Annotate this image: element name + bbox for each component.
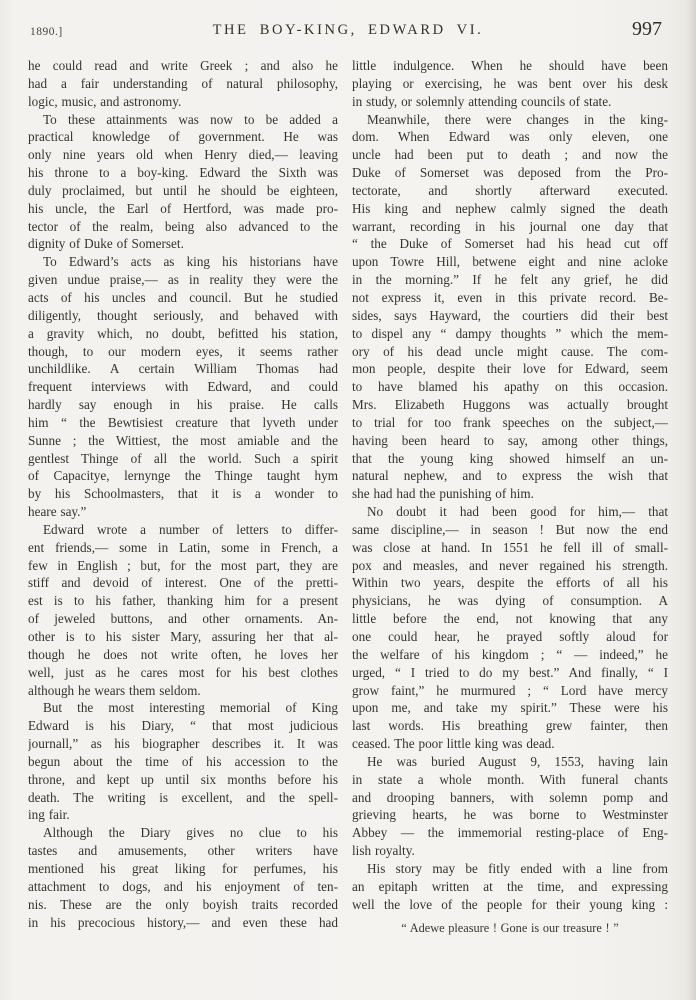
paragraph: Meanwhile, there were changes in the kin… [352, 111, 668, 504]
text-line: by his Schoolmasters, that it is a wonde… [28, 485, 338, 503]
text-line: she had had the punishing of him. [352, 485, 668, 503]
text-line: though, to our modern eyes, it seems rat… [28, 343, 338, 361]
right-column: little indulgence. When he should have b… [352, 57, 668, 937]
paragraph: little indulgence. When he should have b… [352, 57, 668, 111]
text-line: mentioned his great liking for perfumes,… [28, 860, 338, 878]
text-line: well the love of the people for their yo… [352, 896, 668, 914]
text-line: of jeweled buttons, and other ornaments.… [28, 610, 338, 628]
text-line: having been heard to say, among other th… [352, 432, 668, 450]
text-line: not express it, even in this private rec… [352, 289, 668, 307]
paragraph: His story may be fitly ended with a line… [352, 860, 668, 914]
text-line: upon me, and take my spirit.” These were… [352, 699, 668, 717]
text-line: begun about the time of his accession to… [28, 753, 338, 771]
text-line: urged, “ I tried to do my best.” And fin… [352, 664, 668, 682]
paragraph: Edward wrote a number of letters to diff… [28, 521, 338, 699]
text-line: Duke of Somerset was deposed from the Pr… [352, 164, 668, 182]
text-line: to dispel any “ dampy thoughts ” which t… [352, 325, 668, 343]
text-line: throne, and kept up until six months bef… [28, 771, 338, 789]
text-line: ent friends,— some in Latin, some in Fre… [28, 539, 338, 557]
paragraph: To these attainments was now to be added… [28, 111, 338, 254]
paragraph: He was buried August 9, 1553, having lai… [352, 753, 668, 860]
text-line: his uncle, the Earl of Hertford, was mad… [28, 200, 338, 218]
text-line: tectorate, and shortly afterward execute… [352, 182, 668, 200]
text-line: dom. When Edward was only eleven, one [352, 128, 668, 146]
text-line: the welfare of his kingdom ; “ — indeed,… [352, 646, 668, 664]
page-header: 1890.] THE BOY-KING, EDWARD VI. 997 [0, 0, 696, 50]
text-line: To Edward’s acts as king his historians … [28, 253, 338, 271]
text-line: No doubt it had been good for him,— that [352, 503, 668, 521]
text-line: dignity of Duke of Somerset. [28, 235, 338, 253]
text-line: He was buried August 9, 1553, having lai… [352, 753, 668, 771]
text-line: tastes and amusements, other writers hav… [28, 842, 338, 860]
text-line: Edward is his Diary, “ that most judicio… [28, 717, 338, 735]
text-line: upon Towre Hill, betwene eight and nine … [352, 253, 668, 271]
text-columns: he could read and write Greek ; and also… [28, 57, 668, 937]
text-line: last words. His breathing grew fainter, … [352, 717, 668, 735]
text-line: pox and measles, and never regained his … [352, 557, 668, 575]
text-line: Edward wrote a number of letters to diff… [28, 521, 338, 539]
text-line: although he wears them seldom. [28, 682, 338, 700]
text-line: natural nephew, and to express the wish … [352, 467, 668, 485]
text-line: duly proclaimed, but until he should be … [28, 182, 338, 200]
text-line: warrant, recording in his journal one da… [352, 218, 668, 236]
paragraph: But the most interesting memorial of Kin… [28, 699, 338, 824]
text-line: he could read and write Greek ; and also… [28, 57, 338, 75]
text-line: his throne to a boy-king. Edward the Six… [28, 164, 338, 182]
text-line: His king and nephew calmly signed the de… [352, 200, 668, 218]
text-line: playing or exercising, he was bent over … [352, 75, 668, 93]
text-line: a gravity which, no doubt, befitted his … [28, 325, 338, 343]
epitaph-quote: “ Adewe pleasure ! Gone is our treasure … [352, 920, 668, 938]
text-line: same discipline,— in season ! But now th… [352, 521, 668, 539]
text-line: an epitaph written at the time, and expr… [352, 878, 668, 896]
text-line: physicians, he was dying of consumption.… [352, 592, 668, 610]
text-line: stiff and devoid of interest. One of the… [28, 574, 338, 592]
text-line: practical knowledge of government. He wa… [28, 128, 338, 146]
text-line: But the most interesting memorial of Kin… [28, 699, 338, 717]
text-line: diligently, thought seriously, and behav… [28, 307, 338, 325]
text-line: well, just as he cares most for his best… [28, 664, 338, 682]
text-line: to trial for too frank speeches on the s… [352, 414, 668, 432]
text-line: mon people, despite their love for Edwar… [352, 360, 668, 378]
text-line: only nine years old when Henry died,— le… [28, 146, 338, 164]
text-line: of Capacitye, lernynge the Thinge taught… [28, 467, 338, 485]
text-line: in his precocious history,— and even the… [28, 914, 338, 932]
text-line: little before the end, not knowing that … [352, 610, 668, 628]
text-line: logic, music, and astronomy. [28, 93, 338, 111]
text-line: hardly say enough in his praise. He call… [28, 396, 338, 414]
text-line: heare say.” [28, 503, 338, 521]
text-line: gentlest Thinge of all the world. Such a… [28, 450, 338, 468]
text-line: “ the Duke of Somerset had his head cut … [352, 235, 668, 253]
text-line: in study, or solemnly attending councils… [352, 93, 668, 111]
text-line: Meanwhile, there were changes in the kin… [352, 111, 668, 129]
text-line: given undue praise,— as in reality they … [28, 271, 338, 289]
text-line: frequent interviews with Edward, and cou… [28, 378, 338, 396]
text-line: grow faint,” he murmured ; “ Lord have m… [352, 682, 668, 700]
text-line: sides, says Hayward, the courtiers did t… [352, 307, 668, 325]
text-line: was close at hand. In 1551 he fell ill o… [352, 539, 668, 557]
text-line: attachment to dogs, and his enjoyment of… [28, 878, 338, 896]
text-line: acts of his uncles and council. But he s… [28, 289, 338, 307]
text-line: other is to his sister Mary, assuring he… [28, 628, 338, 646]
text-line: Abbey — the immemorial resting-place of … [352, 824, 668, 842]
text-line: journall,” as his biographer describes i… [28, 735, 338, 753]
text-line: uncle had been put to death ; and now th… [352, 146, 668, 164]
text-line: in the morning.” If he felt any grief, h… [352, 271, 668, 289]
text-line: tector of the realm, being also advanced… [28, 218, 338, 236]
text-line: him “ the Bewtisiest creature that lyvet… [28, 414, 338, 432]
text-line: Within two years, despite the efforts of… [352, 574, 668, 592]
page-title: THE BOY-KING, EDWARD VI. [0, 22, 696, 39]
text-line: few in English ; but, for the most part,… [28, 557, 338, 575]
paragraph: To Edward’s acts as king his historians … [28, 253, 338, 521]
scanned-page: 1890.] THE BOY-KING, EDWARD VI. 997 he c… [0, 0, 696, 1000]
text-line: ory of his dead uncle might cause. The c… [352, 343, 668, 361]
text-line: death. The writing is excellent, and the… [28, 789, 338, 807]
text-line: est is to his father, thanking him for a… [28, 592, 338, 610]
text-line: Mrs. Elizabeth Huggons was actually brou… [352, 396, 668, 414]
text-line: one could hear, he prayed softly aloud f… [352, 628, 668, 646]
text-line: little indulgence. When he should have b… [352, 57, 668, 75]
paragraph: Although the Diary gives no clue to hist… [28, 824, 338, 931]
left-column: he could read and write Greek ; and also… [28, 57, 338, 937]
paragraph: he could read and write Greek ; and also… [28, 57, 338, 111]
text-line: grieving hearts, he was borne to Westmin… [352, 806, 668, 824]
text-line: ceased. The poor little king was dead. [352, 735, 668, 753]
text-line: “ Adewe pleasure ! Gone is our treasure … [352, 920, 668, 938]
text-line: nis. These are the only boyish traits re… [28, 896, 338, 914]
text-line: ing fair. [28, 806, 338, 824]
text-line: To these attainments was now to be added… [28, 111, 338, 129]
text-line: Sunne ; the Wittiest, the most amiable a… [28, 432, 338, 450]
page-edge-shadow [686, 0, 696, 1000]
text-line: to have blamed his apathy on this occasi… [352, 378, 668, 396]
text-line: that the young king showed himself an un… [352, 450, 668, 468]
text-line: lish royalty. [352, 842, 668, 860]
text-line: unchildlike. A certain William Thomas ha… [28, 360, 338, 378]
page-number: 997 [632, 18, 662, 41]
text-line: though he does not write often, he loves… [28, 646, 338, 664]
text-line: and drooping banners, with solemn pomp a… [352, 789, 668, 807]
paragraph: No doubt it had been good for him,— that… [352, 503, 668, 753]
text-line: Although the Diary gives no clue to his [28, 824, 338, 842]
text-line: in state a whole month. With funeral cha… [352, 771, 668, 789]
text-line: had a fair understanding of natural phil… [28, 75, 338, 93]
text-line: His story may be fitly ended with a line… [352, 860, 668, 878]
